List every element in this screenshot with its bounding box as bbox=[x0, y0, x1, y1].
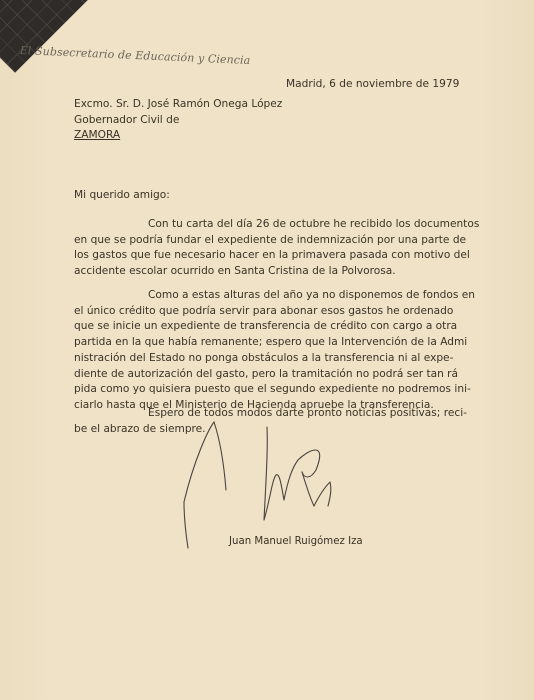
paragraph-line: los gastos que fue necesario hacer en la… bbox=[74, 248, 492, 264]
paragraph-line: que se inicie un expediente de transfere… bbox=[74, 319, 492, 335]
paragraph-line: el único crédito que podría servir para … bbox=[74, 304, 492, 320]
paragraph-line: nistración del Estado no ponga obstáculo… bbox=[74, 351, 492, 367]
handwritten-signature bbox=[180, 420, 360, 550]
recipient-name: Excmo. Sr. D. José Ramón Onega López bbox=[74, 97, 282, 113]
signatory-name: Juan Manuel Ruigómez Iza bbox=[229, 534, 363, 550]
paragraph-1: Con tu carta del día 26 de octubre he re… bbox=[74, 217, 492, 280]
letterhead: El Subsecretario de Educación y Ciencia bbox=[19, 44, 250, 67]
dark-corner-background bbox=[0, 0, 93, 73]
greeting: Mi querido amigo: bbox=[74, 188, 170, 204]
date-line: Madrid, 6 de noviembre de 1979 bbox=[286, 77, 459, 93]
recipient-city: ZAMORA bbox=[74, 128, 282, 144]
recipient-title: Gobernador Civil de bbox=[74, 113, 282, 129]
recipient-block: Excmo. Sr. D. José Ramón Onega López Gob… bbox=[74, 97, 282, 144]
paragraph-line: Como a estas alturas del año ya no dispo… bbox=[74, 288, 492, 304]
paragraph-line: diente de autorización del gasto, pero l… bbox=[74, 367, 492, 383]
paragraph-line: partida en la que había remanente; esper… bbox=[74, 335, 492, 351]
paragraph-line: en que se podría fundar el expediente de… bbox=[74, 233, 492, 249]
paragraph-2: Como a estas alturas del año ya no dispo… bbox=[74, 288, 492, 414]
paragraph-line: Con tu carta del día 26 de octubre he re… bbox=[74, 217, 492, 233]
paragraph-line: pida como yo quisiera puesto que el segu… bbox=[74, 382, 492, 398]
paragraph-line: accidente escolar ocurrido en Santa Cris… bbox=[74, 264, 492, 280]
